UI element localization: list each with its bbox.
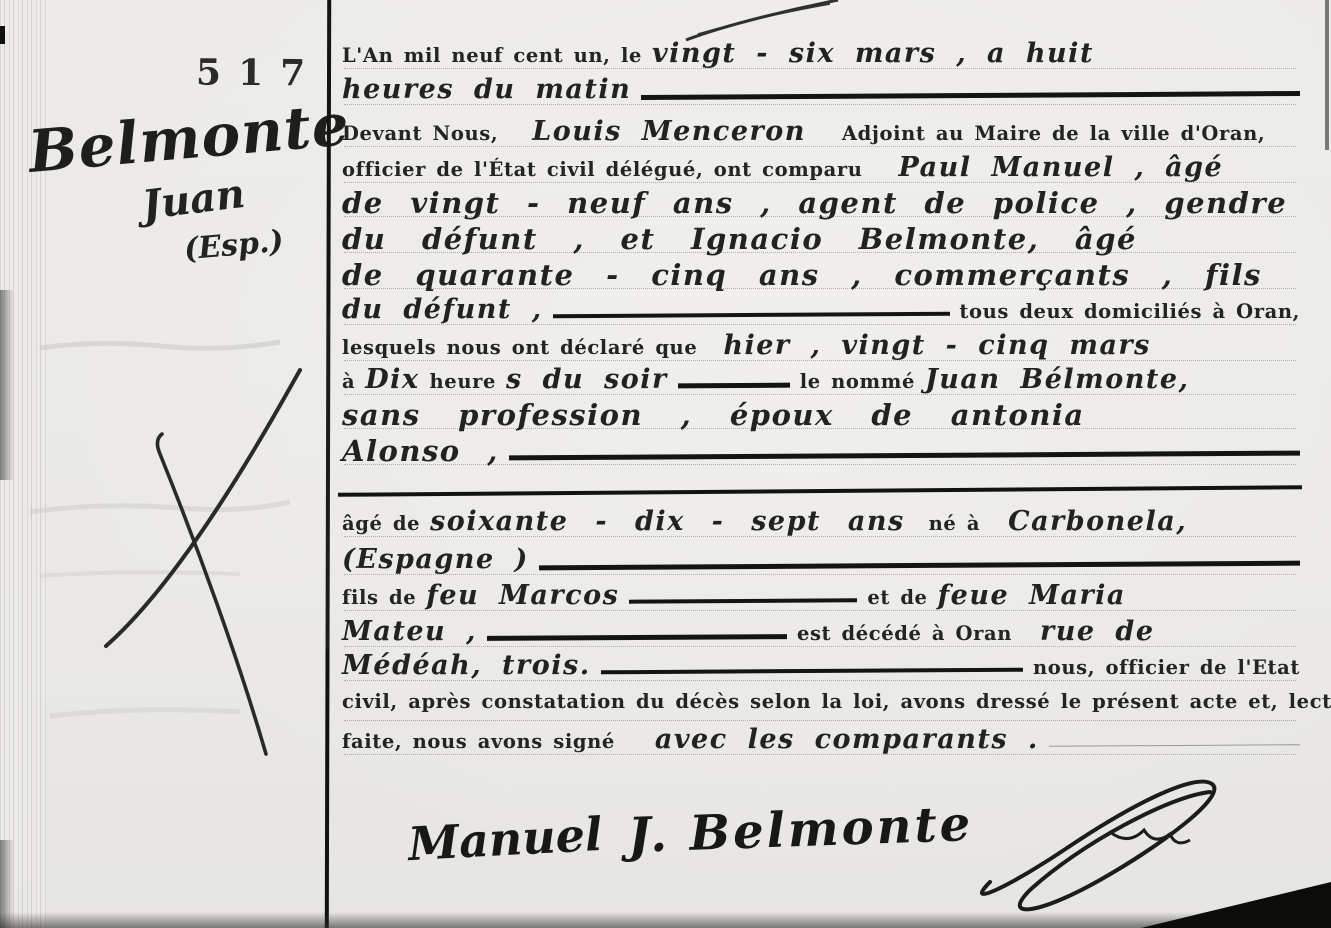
handwritten-entry: Louis Menceron [532, 116, 806, 147]
record-line: Médéah, trois. nous, officier de l'Etat [342, 650, 1300, 684]
record-line: civil, après constatation du décès selon… [342, 690, 1300, 724]
handwritten-entry: avec les comparants . [655, 724, 1039, 755]
printed-form-text: Adjoint au Maire de la ville d'Oran, [842, 122, 1265, 145]
record-line: Devant Nous, Louis Menceron Adjoint au M… [342, 116, 1300, 150]
handwritten-entry: Carbonela, [1008, 506, 1187, 537]
margin-x-mark [88, 358, 318, 768]
record-line: L'An mil neuf cent un, le vingt - six ma… [342, 38, 1300, 72]
handwritten-entry: rue de [1040, 616, 1155, 647]
printed-form-text: officier de l'État civil délégué, ont co… [342, 158, 863, 181]
filler-rule [678, 382, 790, 388]
filler-rule [553, 312, 950, 318]
page-bottom-shadow [0, 912, 1331, 928]
handwritten-entry: vingt - six mars , a huit [652, 38, 1094, 69]
record-line: sans profession , époux de antonia [342, 398, 1300, 432]
record-line: du défunt , tous deux domiciliés à Oran, [342, 294, 1300, 328]
record-line: fils de feu Marcos et de feue Maria [342, 580, 1300, 614]
printed-form-text: le nommé [800, 370, 915, 393]
section-separator-rule [338, 485, 1302, 497]
handwritten-entry: s du soir [506, 364, 668, 395]
printed-form-text: et de [867, 586, 927, 609]
printed-form-text: à [342, 370, 355, 393]
handwritten-entry: Dix [365, 364, 419, 395]
signature-manuel: Manuel [407, 807, 604, 871]
handwritten-entry: soixante - dix - sept ans [430, 506, 905, 537]
record-line: à Dix heure s du soir le nommé Juan Bélm… [342, 364, 1300, 398]
handwritten-entry: heures du matin [342, 74, 631, 105]
handwritten-entry: Mateu , [342, 616, 477, 647]
printed-form-text: civil, après constatation du décès selon… [342, 690, 1331, 713]
stray-pen-flourish [678, 0, 848, 42]
edge-shadow [1325, 0, 1329, 150]
printed-form-text: fils de [342, 586, 416, 609]
printed-form-text: né à [929, 512, 980, 535]
printed-form-text: Devant Nous, [342, 122, 498, 145]
filler-rule [539, 560, 1300, 570]
record-line: de quarante - cinq ans , commerçants , f… [342, 258, 1300, 292]
handwritten-entry: de quarante - cinq ans , commerçants , f… [342, 258, 1262, 292]
signature-belmonte: J. Belmonte [627, 796, 974, 864]
printed-form-text: L'An mil neuf cent un, le [342, 44, 642, 67]
handwritten-entry: Paul Manuel , âgé [899, 152, 1224, 183]
handwritten-entry: feu Marcos [426, 580, 619, 611]
record-line: faite, nous avons signé avec les compara… [342, 724, 1300, 758]
handwritten-entry: (Espagne ) [342, 544, 529, 575]
printed-form-text: âgé de [342, 512, 420, 535]
printed-form-text: nous, officier de l'Etat [1033, 656, 1300, 679]
record-line: (Espagne ) [342, 544, 1300, 578]
filler-rule [629, 598, 857, 603]
death-record-scan: 517 Belmonte Juan (Esp.) L'An mil neuf c… [0, 0, 1331, 928]
filler-rule [509, 450, 1300, 460]
filler-rule [641, 90, 1300, 99]
record-line: Alonso , [342, 434, 1300, 468]
record-line: officier de l'État civil délégué, ont co… [342, 152, 1300, 186]
record-line: de vingt - neuf ans , agent de police , … [342, 186, 1300, 220]
handwritten-entry: feue Maria [938, 580, 1126, 611]
filler-rule [601, 668, 1023, 675]
handwritten-entry: du défunt , [342, 294, 543, 325]
record-line: Mateu , est décédé à Oran rue de [342, 616, 1300, 650]
handwritten-entry: de vingt - neuf ans , agent de police , … [342, 186, 1287, 220]
record-line: heures du matin [342, 74, 1300, 108]
handwritten-entry: Alonso , [342, 434, 499, 468]
handwritten-entry: Médéah, trois. [342, 650, 591, 681]
printed-form-text: heure [430, 370, 496, 393]
handwritten-entry: hier , vingt - cinq mars [723, 330, 1151, 361]
record-line: lesquels nous ont déclaré que hier , vin… [342, 330, 1300, 364]
printed-form-text: est décédé à Oran [797, 622, 1012, 645]
filler-rule [487, 634, 787, 641]
handwritten-entry: du défunt , et Ignacio Belmonte, âgé [342, 222, 1137, 256]
handwritten-entry: Juan Bélmonte, [925, 364, 1189, 395]
printed-form-text: lesquels nous ont déclaré que [342, 336, 697, 359]
filler-rule [1049, 744, 1300, 747]
handwritten-entry: sans profession , époux de antonia [342, 398, 1085, 432]
printed-form-text: tous deux domiciliés à Oran, [959, 300, 1300, 323]
signature-flourish [960, 762, 1260, 922]
record-line: du défunt , et Ignacio Belmonte, âgé [342, 222, 1300, 256]
record-line: âgé de soixante - dix - sept ans né à Ca… [342, 506, 1300, 540]
printed-form-text: faite, nous avons signé [342, 730, 615, 753]
